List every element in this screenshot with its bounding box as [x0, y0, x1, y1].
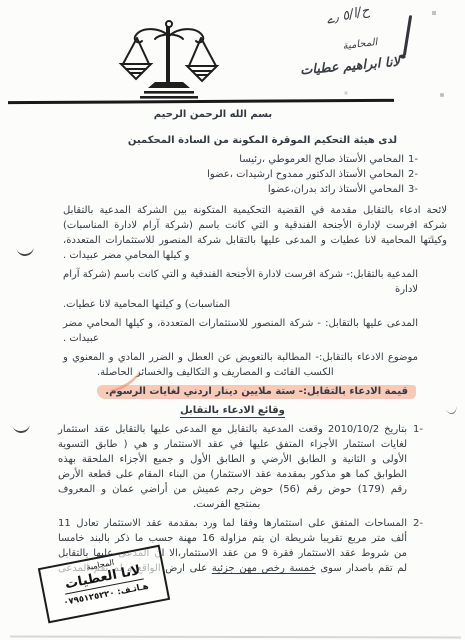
text-line: رقم (179) حوض رقم (56) حوض رجم عميش من أ… [58, 482, 423, 497]
text-line: لائحة ادعاء بالتقابل مقدمة في القضية الت… [63, 203, 447, 218]
text-line: عبيدات . [63, 331, 418, 346]
text-line: المدعية بالتقابل:- شركة افرست لادارة الأ… [63, 267, 418, 297]
text-line: ألف متر مربع تقريبا شريطة ان يتم مزاولة … [58, 531, 423, 546]
text-line: و كيلها المحامي مضر عبيدات . [63, 248, 447, 263]
intro-paragraph: لائحة ادعاء بالتقابل مقدمة في القضية الت… [63, 203, 447, 263]
text-line: الطوابق كما هو مذكور بمقدمة عقد الاستثما… [58, 467, 423, 482]
text-line: بمنتجع الفرست. [193, 497, 423, 512]
text-line: المدعى عليها بالتقابل: - شركة المنصور لل… [63, 316, 418, 331]
text-line: المناسبات) و كيلتها المحامية لانا عطيات. [63, 297, 418, 312]
pen-stroke-mark [403, 15, 412, 56]
arbitrator-row: 2-المحامي الأستاذ الدكتور ممدوح ارشيدات … [0, 167, 418, 182]
tribunal-heading: لدى هيئة التحكيم الموقرة المكونة من السا… [0, 133, 397, 148]
arbitrator-row: 3-المحامي الأستاذ رائد بدران،عضوا [0, 182, 418, 197]
list-number: 1- [408, 152, 418, 167]
text-line: شركة افرست لإدارة الأجنحة الفندقية و الت… [63, 218, 447, 233]
scan-edge-line [10, 636, 461, 639]
claim-value-line: قيمة الادعاء بالتقابل:- ستة ملايين دينار… [0, 384, 416, 401]
arbitrators-list: 1-المحامي الأستاذ صالح العرموطي ،رئيسا2-… [0, 152, 418, 197]
fact-item-1: 1- بتاريخ 2010/10/2 وقعت المدعية بالتقاب… [58, 422, 423, 512]
claimant-paragraph: المدعية بالتقابل:- شركة افرست لادارة الأ… [63, 267, 418, 312]
arbitrator-row: 1-المحامي الأستاذ صالح العرموطي ،رئيسا [0, 152, 418, 167]
list-number: 3- [408, 182, 418, 197]
handwritten-reference: ح/ا/٥ ٫ے [288, 0, 408, 36]
text-line: بتاريخ 2010/10/2 وقعت المدعية بالتقابل م… [58, 422, 423, 437]
header-divider-rule [8, 99, 394, 104]
list-number: 2- [408, 167, 418, 182]
respondent-paragraph: المدعى عليها بالتقابل: - شركة المنصور لل… [63, 316, 418, 346]
text-line: موضوع الادعاء بالتقابل:- المطالبة بالتعو… [63, 350, 418, 365]
scales-of-justice-icon [113, 18, 225, 100]
handwritten-lawyer-name: لانا ابراهيم عطيات [290, 54, 411, 79]
arbitrator-name: المحامي الأستاذ رائد بدران،عضوا [268, 184, 404, 195]
document-body: بسم الله الرحمن الرحيم لدى هيئة التحكيم … [0, 107, 465, 576]
text-line: لغايات استثمار الأجزاء المتفق عليها في ع… [58, 437, 423, 452]
facts-heading: وقائع الادعاء بالتقابل [45, 403, 420, 418]
arbitrator-name: المحامي الأستاذ صالح العرموطي ،رئيسا [239, 154, 404, 165]
text-line: الأولى و الثانية و الطابق الأرضي و الطاب… [58, 452, 423, 467]
text-line: وكيلتها المحامية لانا عطيات و المدعى علي… [63, 233, 447, 248]
text-line: المساحات المتفق على استثمارها وفقا لما و… [58, 516, 423, 531]
scanned-legal-document: ح/ا/٥ ٫ے المحامية لانا ابراهيم عطيات بسم… [0, 0, 465, 640]
highlighted-claim-value: قيمة الادعاء بالتقابل:- ستة ملايين دينار… [97, 385, 416, 399]
arbitrator-name: المحامي الأستاذ الدكتور ممدوح ارشيدات ،ع… [207, 169, 404, 180]
handwritten-lawyer-title: المحامية [330, 35, 391, 53]
text-line: الكسب الفائت و المصاريف و التكاليف والخس… [97, 365, 418, 380]
bismillah-line: بسم الله الرحمن الرحيم [128, 107, 298, 122]
scan-speck-artifacts [0, 0, 2, 2]
